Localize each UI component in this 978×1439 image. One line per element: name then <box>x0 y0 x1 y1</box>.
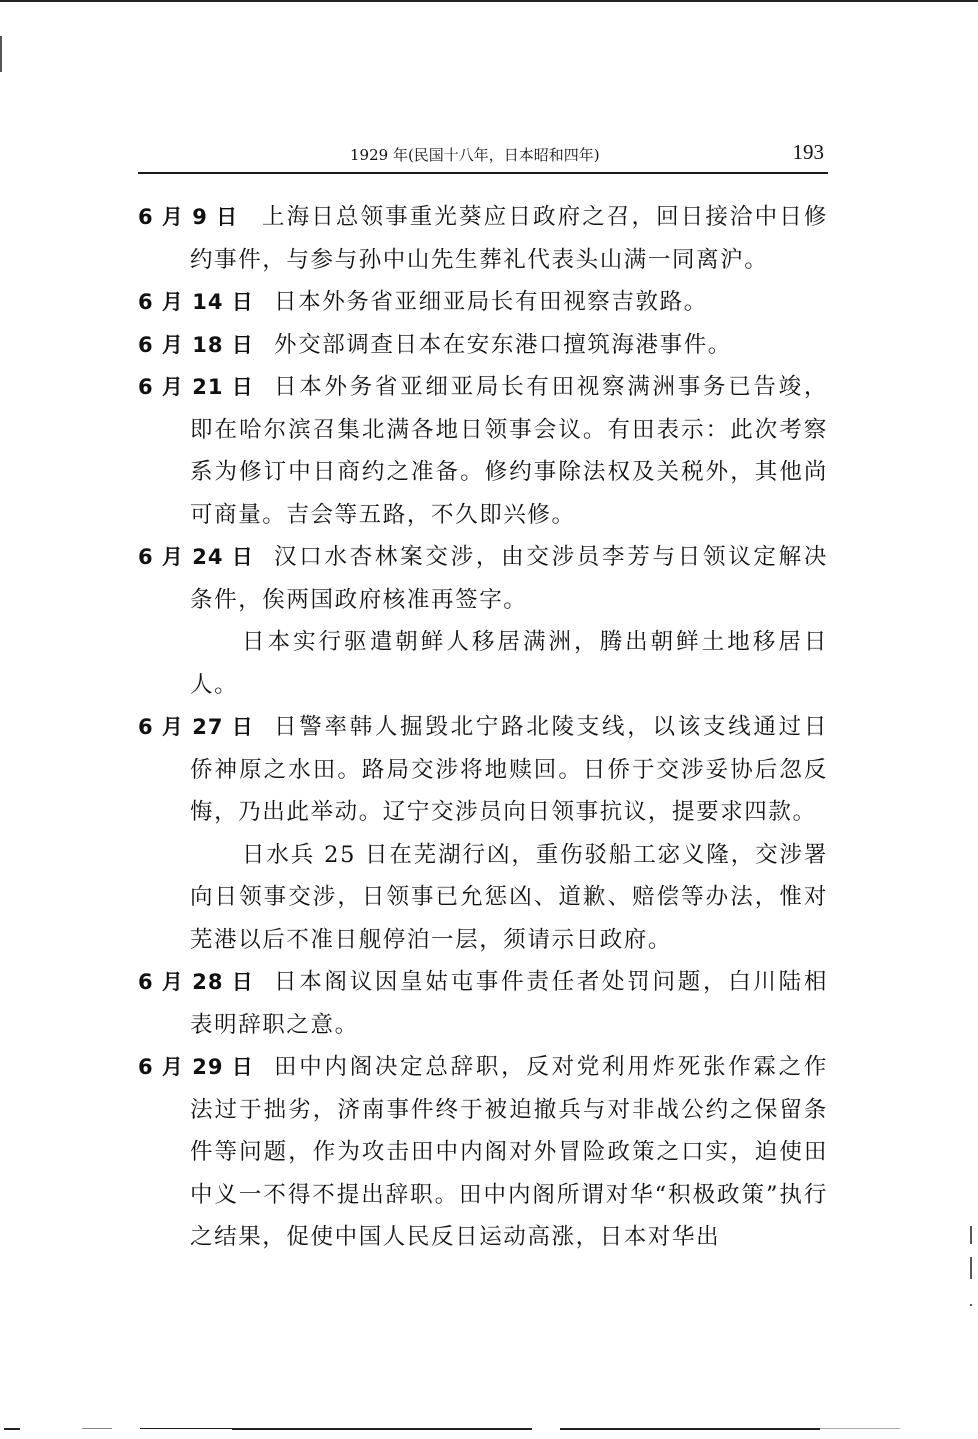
entry-text: 上海日总领事重光葵应日政府之召，回日接洽中日修约事件，与参与孙中山先生葬礼代表头… <box>138 196 828 281</box>
header-rule <box>138 172 828 174</box>
entry-date: 6 月 9 日 <box>138 196 238 239</box>
running-head: 1929 年(民国十八年，日本昭和四年) 193 <box>138 140 828 170</box>
scan-top-border <box>0 0 978 2</box>
scan-bottom-rule <box>232 1428 532 1430</box>
page-number: 193 <box>793 140 825 165</box>
chronology-entry: 6 月 24 日 汉口水杏林案交涉，由交涉员李芳与日领议定解决条件，俟两国政府核… <box>138 536 828 621</box>
chronology-entry: 6 月 14 日 日本外务省亚细亚局长有田视察吉敦路。 <box>138 281 828 324</box>
running-head-title: 1929 年(民国十八年，日本昭和四年) <box>350 144 600 165</box>
scan-bottom-rule <box>4 1428 20 1430</box>
entry-date: 6 月 27 日 <box>138 706 254 749</box>
entry-date: 6 月 28 日 <box>138 961 254 1004</box>
chronology-entry: 日本实行驱遣朝鲜人移居满洲，腾出朝鲜土地移居日人。 <box>138 621 828 706</box>
scan-edge-mark <box>970 1226 972 1244</box>
scan-bottom-rule <box>560 1428 820 1430</box>
entry-date: 6 月 14 日 <box>138 281 254 324</box>
chronology-entries: 6 月 9 日 上海日总领事重光葵应日政府之召，回日接洽中日修约事件，与参与孙中… <box>138 196 828 1259</box>
scan-edge-mark <box>0 36 2 72</box>
chronology-entry: 6 月 18 日 外交部调查日本在安东港口擅筑海港事件。 <box>138 324 828 367</box>
entry-date: 6 月 21 日 <box>138 366 254 409</box>
scan-edge-mark <box>970 1257 972 1279</box>
entry-date: 6 月 24 日 <box>138 536 254 579</box>
chronology-entry: 6 月 9 日 上海日总领事重光葵应日政府之召，回日接洽中日修约事件，与参与孙中… <box>138 196 828 281</box>
chronology-entry: 6 月 28 日 日本阁议因皇姑屯事件责任者处罚问题，白川陆相表明辞职之意。 <box>138 961 828 1046</box>
chronology-entry: 6 月 27 日 日警率韩人掘毁北宁路北陵支线，以该支线通过日侨神原之水田。路局… <box>138 706 828 834</box>
scan-edge-mark <box>970 1304 972 1306</box>
entry-text: 日水兵 25 日在芜湖行凶，重伤驳船工宓义隆，交涉署向日领事交涉，日领事已允惩凶… <box>138 834 828 962</box>
entry-date: 6 月 18 日 <box>138 324 254 367</box>
entry-date: 6 月 29 日 <box>138 1046 254 1089</box>
chronology-entry: 6 月 21 日 日本外务省亚细亚局长有田视察满洲事务已告竣，即在哈尔滨召集北满… <box>138 366 828 536</box>
chronology-entry: 6 月 29 日 田中内阁决定总辞职，反对党利用炸死张作霖之作法过于拙劣，济南事… <box>138 1046 828 1259</box>
document-page: 1929 年(民国十八年，日本昭和四年) 193 6 月 9 日 上海日总领事重… <box>0 0 978 1439</box>
chronology-entry: 日水兵 25 日在芜湖行凶，重伤驳船工宓义隆，交涉署向日领事交涉，日领事已允惩凶… <box>138 834 828 962</box>
entry-text: 日本实行驱遣朝鲜人移居满洲，腾出朝鲜土地移居日人。 <box>138 621 828 706</box>
scan-bottom-rule <box>82 1428 112 1429</box>
scan-bottom-rule <box>820 1428 900 1429</box>
